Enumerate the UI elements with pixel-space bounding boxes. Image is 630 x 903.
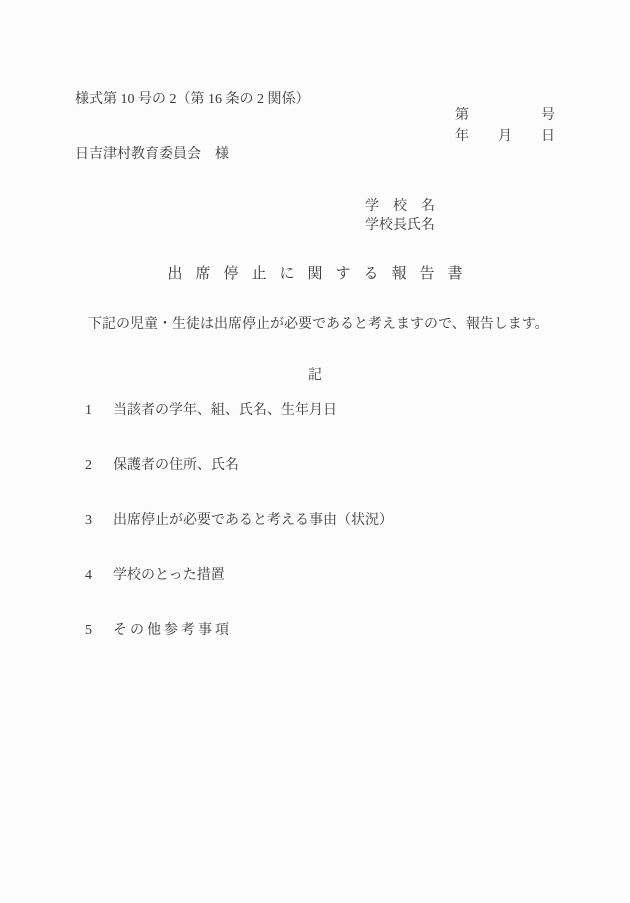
body-paragraph: 下記の児童・生徒は出席停止が必要であると考えますので、報告します。: [75, 317, 555, 333]
item-number: 2: [85, 459, 113, 473]
list-marker: 記: [0, 369, 630, 383]
report-item: 4学校のとった措置: [85, 569, 225, 583]
item-text: 学校のとった措置: [113, 568, 225, 583]
item-text: 保護者の住所、氏名: [113, 458, 239, 473]
document-page: 様式第 10 号の 2（第 16 条の 2 関係） 第 号 年 月 日 日吉津村…: [0, 0, 630, 903]
report-item: 5その他参考事項: [85, 624, 232, 638]
date-line: 年 月 日: [455, 130, 555, 144]
item-number: 5: [85, 624, 113, 638]
form-number-label: 様式第 10 号の 2（第 16 条の 2 関係）: [75, 93, 310, 107]
item-text: 出席停止が必要であると考える事由（状況）: [113, 513, 393, 528]
document-title: 出席停止に関する報告書: [0, 267, 630, 282]
doc-number-suffix: 号: [541, 109, 555, 123]
doc-number-prefix: 第: [455, 109, 469, 123]
report-item: 3出席停止が必要であると考える事由（状況）: [85, 514, 393, 528]
principal-name-label: 学校長氏名: [365, 219, 435, 233]
addressee: 日吉津村教育委員会 様: [75, 148, 229, 162]
report-item: 1当該者の学年、組、氏名、生年月日: [85, 404, 337, 418]
doc-number-line: 第 号: [455, 109, 555, 123]
date-year-label: 年: [455, 130, 469, 144]
item-number: 1: [85, 404, 113, 418]
date-month-label: 月: [498, 130, 512, 144]
report-item: 2保護者の住所、氏名: [85, 459, 239, 473]
item-text: その他参考事項: [113, 623, 232, 638]
date-day-label: 日: [541, 130, 555, 144]
item-text: 当該者の学年、組、氏名、生年月日: [113, 403, 337, 418]
item-number: 4: [85, 569, 113, 583]
school-name-label: 学 校 名: [365, 200, 435, 214]
item-number: 3: [85, 514, 113, 528]
